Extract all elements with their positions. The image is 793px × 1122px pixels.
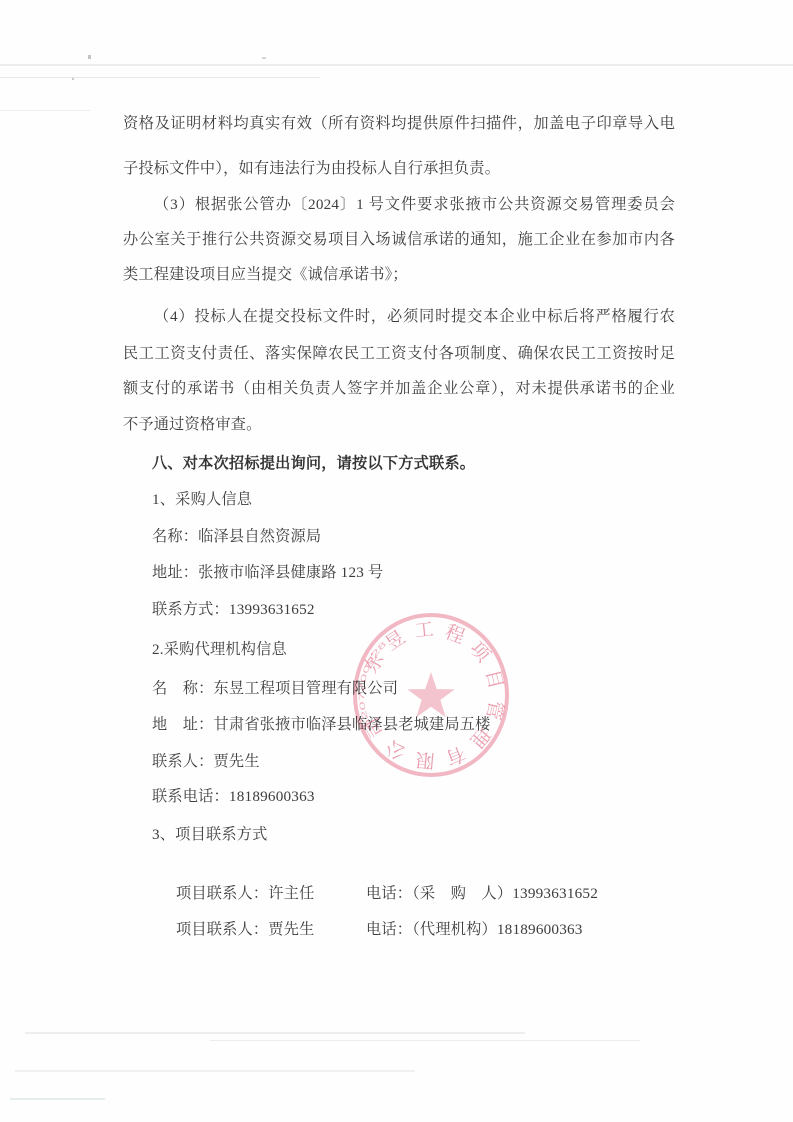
paragraph-line: 民工工资支付责任、落实保障农民工工资支付各项制度、确保农民工工资按时足 — [123, 344, 675, 364]
scan-streak — [15, 1070, 415, 1072]
list-item-project-contact: 3、项目联系方式 — [123, 825, 675, 845]
seal-serial-number: 6207200928 — [357, 640, 388, 730]
scan-streak — [25, 1032, 525, 1034]
purchaser-address-line: 地址：张掖市临泽县健康路 123 号 — [123, 563, 675, 583]
list-item-purchaser-info: 1、采购人信息 — [123, 490, 675, 510]
purchaser-name-line: 名称：临泽县自然资源局 — [123, 527, 675, 547]
scan-streak — [0, 64, 793, 66]
scan-streak — [0, 110, 90, 111]
paragraph-line: （4）投标人在提交投标文件时，必须同时提交本企业中标后将严格履行农 — [123, 307, 675, 327]
paragraph-line: 类工程建设项目应当提交《诚信承诺书》； — [123, 265, 675, 285]
paragraph-line: 不予通过资格审查。 — [123, 415, 675, 435]
project-contact-row: 项目联系人：贾先生电话：（代理机构）18189600363 — [123, 900, 675, 960]
scanned-document-page: 资格及证明材料均真实有效（所有资料均提供原件扫描件，加盖电子印章导入电 子投标文… — [0, 0, 793, 1122]
paragraph-line: 额支付的承诺书（由相关负责人签字并加盖企业公章），对未提供承诺书的企业 — [123, 379, 675, 399]
scan-speck — [72, 78, 74, 80]
company-seal-stamp: 东昱工程项目管理有限公司 6207200928 — [350, 611, 512, 779]
section-heading: 八、对本次招标提出询问，请按以下方式联系。 — [123, 454, 675, 474]
contact-person: 项目联系人：贾先生 — [176, 920, 366, 940]
paragraph-line: 资格及证明材料均真实有效（所有资料均提供原件扫描件，加盖电子印章导入电 — [123, 114, 675, 134]
seal-star-icon — [407, 672, 455, 717]
paragraph-line: 办公室关于推行公共资源交易项目入场诚信承诺的通知，施工企业在参加市内各 — [123, 230, 675, 250]
agency-phone-line: 联系电话：18189600363 — [123, 787, 675, 807]
scan-speck — [88, 55, 91, 59]
scan-streak — [210, 1040, 640, 1041]
scan-streak — [10, 1098, 105, 1100]
scan-streak — [0, 77, 320, 78]
contact-phone: 电话：（代理机构）18189600363 — [366, 921, 583, 938]
scan-speck — [262, 57, 266, 59]
paragraph-line: 子投标文件中），如有违法行为由投标人自行承担负责。 — [123, 159, 675, 179]
paragraph-line: （3）根据张公管办〔2024〕1 号文件要求张掖市公共资源交易管理委员会 — [123, 195, 675, 215]
